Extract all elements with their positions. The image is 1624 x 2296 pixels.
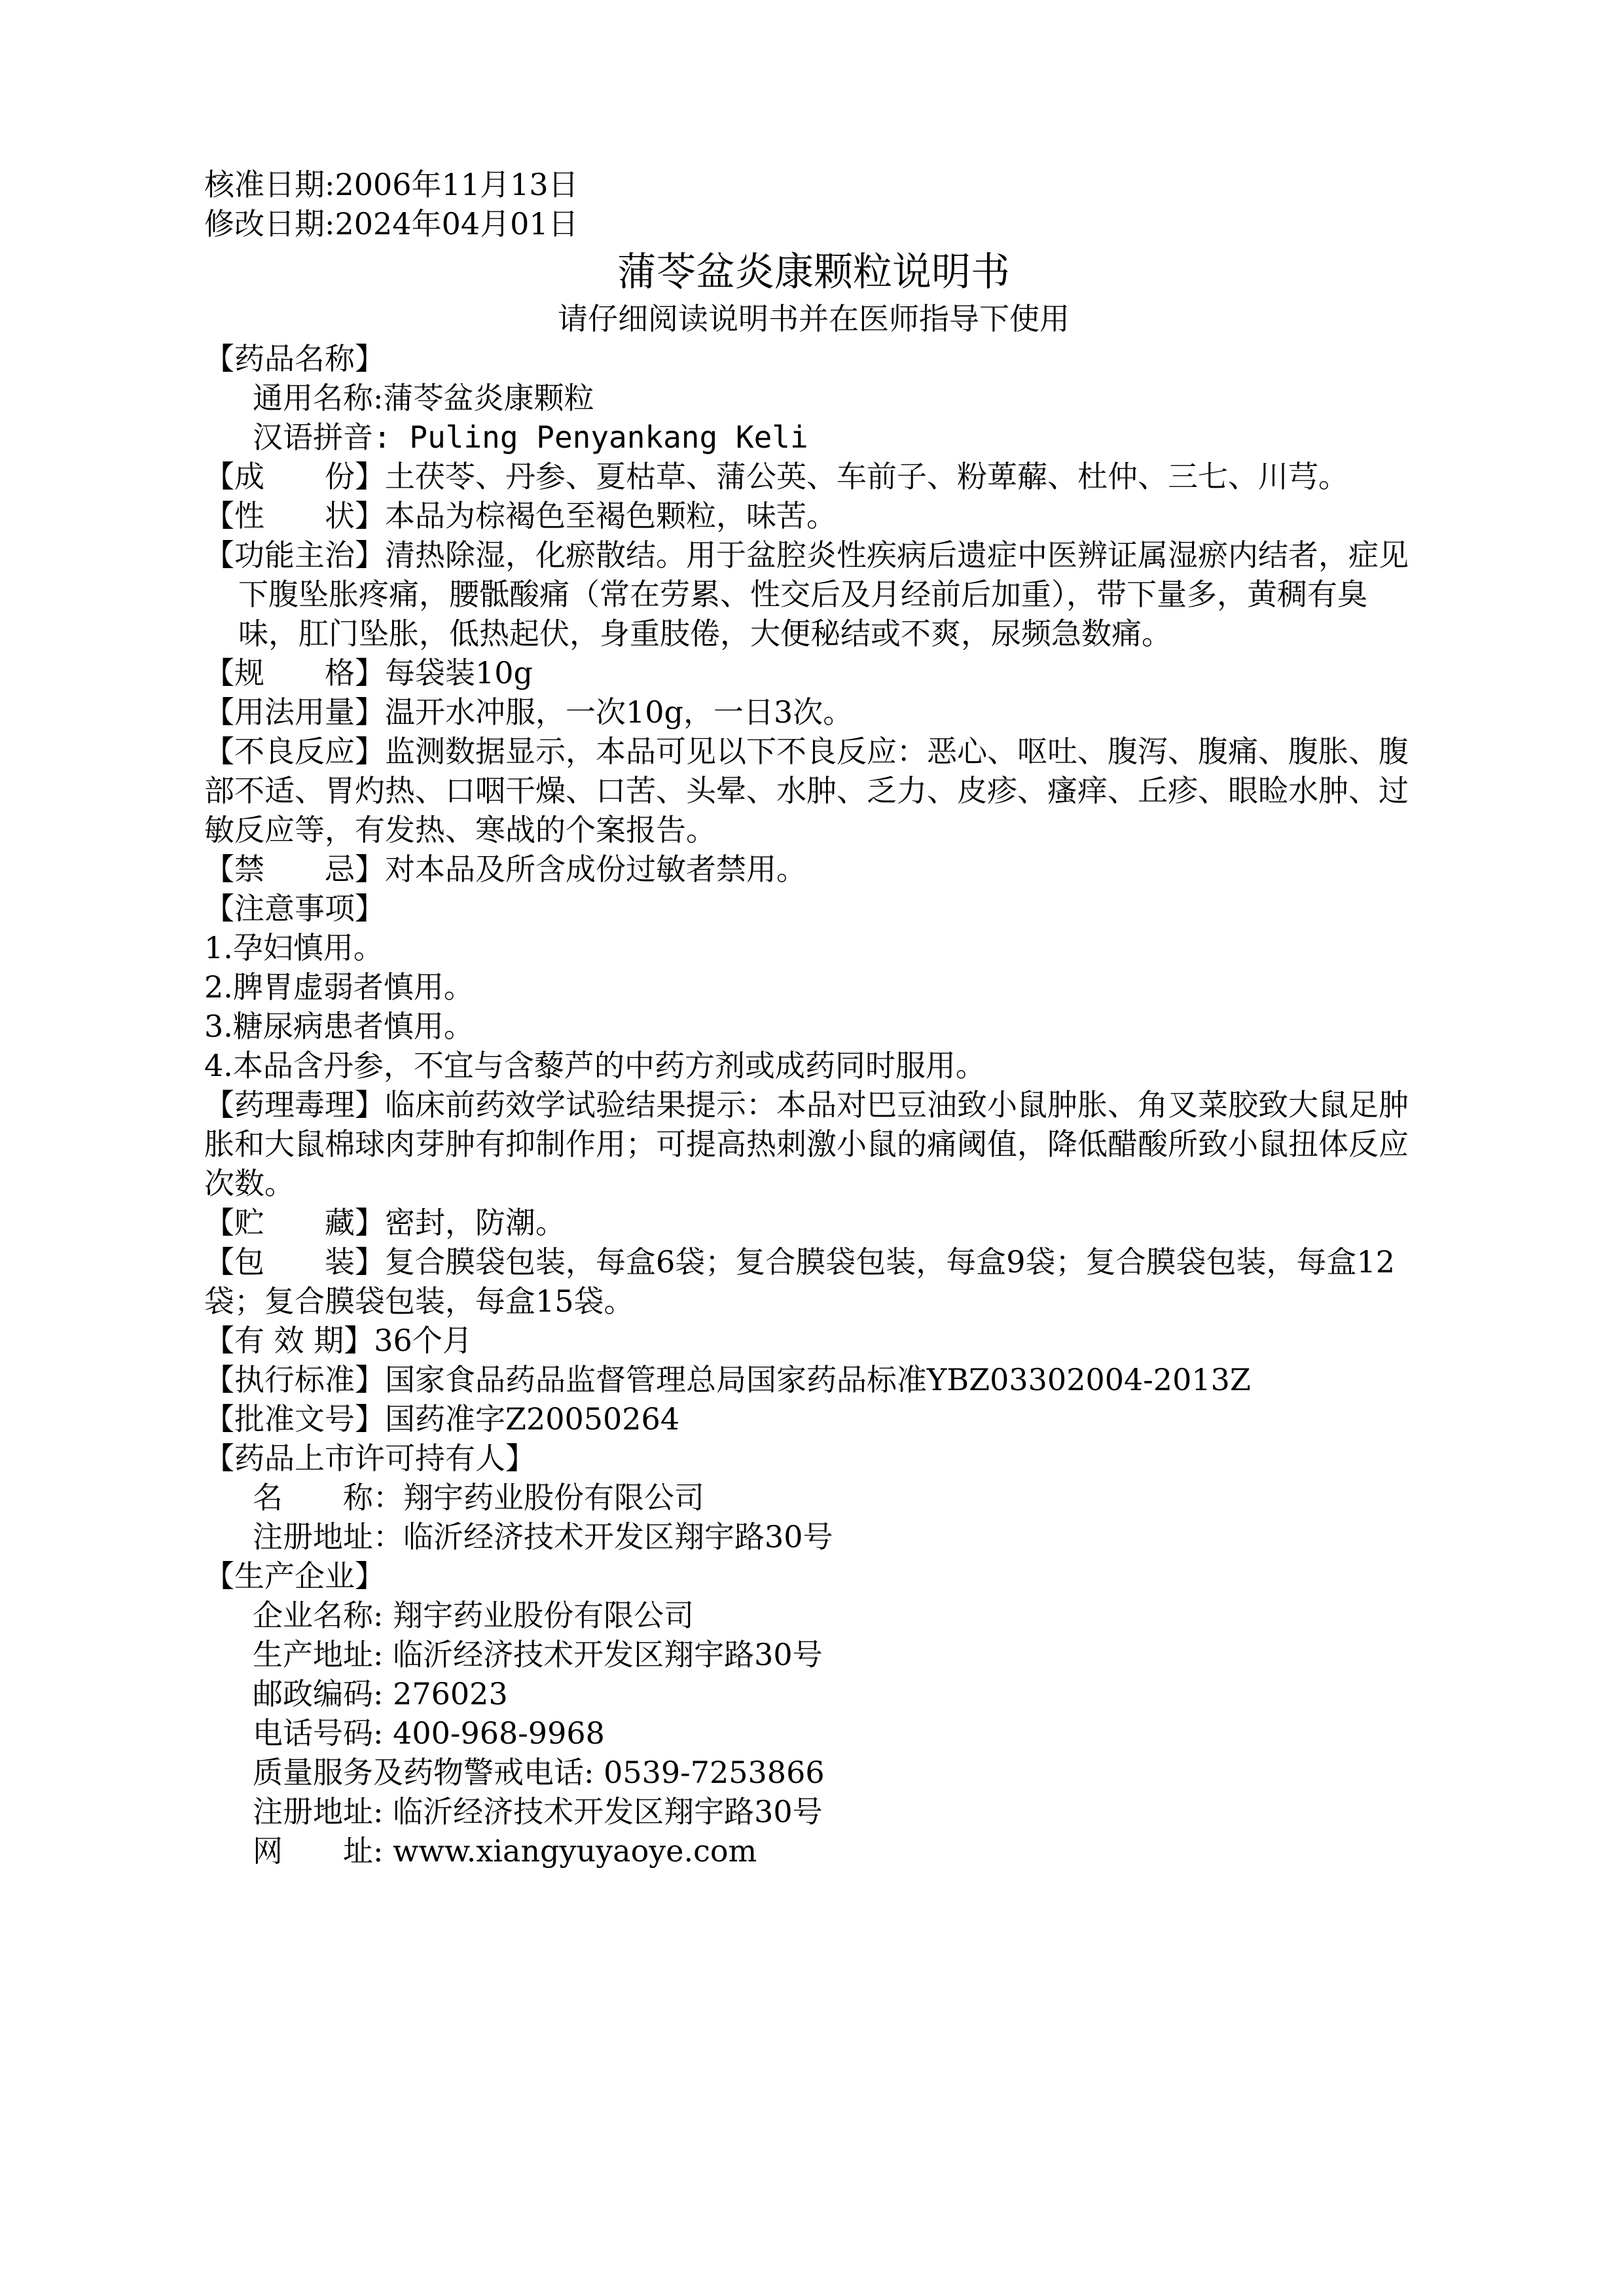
ingredients-text: 土茯苓、丹参、夏枯草、蒲公英、车前子、粉萆薢、杜仲、三七、川芎。 (385, 459, 1348, 494)
indications-text: 清热除湿，化瘀散结。用于盆腔炎性疾病后遗症中医辨证属湿瘀内结者，症见下腹坠胀疼痛… (238, 537, 1409, 651)
mah-address: 注册地址：临沂经济技术开发区翔宇路30号 (204, 1517, 1423, 1556)
standard-label: 【执行标准】 (204, 1362, 385, 1397)
pinyin-name: 汉语拼音: Puling Penyankang Keli (204, 418, 1423, 457)
storage-label: 【贮 藏】 (204, 1205, 385, 1240)
adverse-reactions-label: 【不良反应】 (204, 734, 385, 769)
approval-date: 核准日期:2006年11月13日 (204, 165, 1423, 204)
section-precautions-label: 【注意事项】 (204, 889, 1423, 928)
precaution-item: 2.脾胃虚弱者慎用。 (204, 967, 1423, 1007)
manufacturer-pv-phone: 质量服务及药物警戒电话: 0539-7253866 (204, 1753, 1423, 1792)
section-specification: 【规 格】每袋装10g (204, 653, 1423, 692)
mah-name: 名 称：翔宇药业股份有限公司 (204, 1478, 1423, 1517)
section-manufacturer-label: 【生产企业】 (204, 1556, 1423, 1596)
section-ingredients: 【成 份】土茯苓、丹参、夏枯草、蒲公英、车前子、粉萆薢、杜仲、三七、川芎。 (204, 457, 1423, 496)
indications-label: 【功能主治】 (204, 537, 385, 573)
description-text: 本品为棕褐色至褐色颗粒，味苦。 (385, 498, 837, 533)
section-mah-label: 【药品上市许可持有人】 (204, 1439, 1423, 1478)
precaution-item: 3.糖尿病患者慎用。 (204, 1007, 1423, 1046)
manufacturer-postal-code: 邮政编码: 276023 (204, 1674, 1423, 1713)
specification-text: 每袋装10g (385, 655, 533, 691)
section-validity: 【有 效 期】36个月 (204, 1321, 1423, 1360)
contraindications-label: 【禁 忌】 (204, 852, 385, 887)
approval-number-text: 国药准字Z20050264 (385, 1401, 679, 1437)
package-label: 【包 装】 (204, 1244, 385, 1280)
manufacturer-registered-address: 注册地址: 临沂经济技术开发区翔宇路30号 (204, 1792, 1423, 1831)
approval-number-label: 【批准文号】 (204, 1401, 385, 1437)
ingredients-label: 【成 份】 (204, 459, 385, 494)
validity-label: 【有 效 期】 (204, 1323, 374, 1358)
precaution-item: 4.本品含丹参，不宜与含藜芦的中药方剂或成药同时服用。 (204, 1046, 1423, 1085)
section-indications: 【功能主治】清热除湿，化瘀散结。用于盆腔炎性疾病后遗症中医辨证属湿瘀内结者，症见… (204, 535, 1423, 653)
section-storage: 【贮 藏】密封，防潮。 (204, 1203, 1423, 1242)
section-drug-name-label: 【药品名称】 (204, 339, 1423, 378)
manufacturer-phone: 电话号码: 400-968-9968 (204, 1713, 1423, 1753)
contraindications-text: 对本品及所含成份过敏者禁用。 (385, 852, 806, 887)
document-title: 蒲苓盆炎康颗粒说明书 (204, 246, 1423, 298)
pharmacology-label: 【药理毒理】 (204, 1087, 385, 1122)
section-dosage: 【用法用量】温开水冲服，一次10g，一日3次。 (204, 692, 1423, 732)
description-label: 【性 状】 (204, 498, 385, 533)
revision-date: 修改日期:2024年04月01日 (204, 204, 1423, 243)
generic-name: 通用名称:蒲苓盆炎康颗粒 (204, 378, 1423, 418)
section-adverse-reactions: 【不良反应】监测数据显示，本品可见以下不良反应：恶心、呕吐、腹泻、腹痛、腹胀、腹… (204, 732, 1423, 850)
document-subtitle: 请仔细阅读说明书并在医师指导下使用 (204, 298, 1423, 339)
section-package: 【包 装】复合膜袋包装，每盒6袋；复合膜袋包装，每盒9袋；复合膜袋包装，每盒12… (204, 1242, 1423, 1321)
adverse-reactions-text: 监测数据显示，本品可见以下不良反应：恶心、呕吐、腹泻、腹痛、腹胀、腹部不适、胃灼… (204, 734, 1409, 848)
section-pharmacology: 【药理毒理】临床前药效学试验结果提示：本品对巴豆油致小鼠肿胀、角叉菜胶致大鼠足肿… (204, 1085, 1423, 1203)
section-standard: 【执行标准】国家食品药品监督管理总局国家药品标准YBZ03302004-2013… (204, 1360, 1423, 1399)
validity-text: 36个月 (374, 1323, 473, 1358)
standard-text: 国家食品药品监督管理总局国家药品标准YBZ03302004-2013Z (385, 1362, 1251, 1397)
section-contraindications: 【禁 忌】对本品及所含成份过敏者禁用。 (204, 850, 1423, 889)
section-approval-number: 【批准文号】国药准字Z20050264 (204, 1399, 1423, 1439)
precaution-item: 1.孕妇慎用。 (204, 928, 1423, 967)
specification-label: 【规 格】 (204, 655, 385, 691)
dosage-text: 温开水冲服，一次10g，一日3次。 (385, 694, 853, 730)
pharmacology-text: 临床前药效学试验结果提示：本品对巴豆油致小鼠肿胀、角叉菜胶致大鼠足肿胀和大鼠棉球… (204, 1087, 1409, 1201)
section-description: 【性 状】本品为棕褐色至褐色颗粒，味苦。 (204, 496, 1423, 535)
manufacturer-website[interactable]: 网 址: www.xiangyuyaoye.com (204, 1831, 1423, 1871)
storage-text: 密封，防潮。 (385, 1205, 566, 1240)
drug-leaflet: 核准日期:2006年11月13日 修改日期:2024年04月01日 蒲苓盆炎康颗… (204, 165, 1423, 1871)
dosage-label: 【用法用量】 (204, 694, 385, 730)
manufacturer-name: 企业名称: 翔宇药业股份有限公司 (204, 1596, 1423, 1635)
manufacturer-production-address: 生产地址: 临沂经济技术开发区翔宇路30号 (204, 1635, 1423, 1674)
